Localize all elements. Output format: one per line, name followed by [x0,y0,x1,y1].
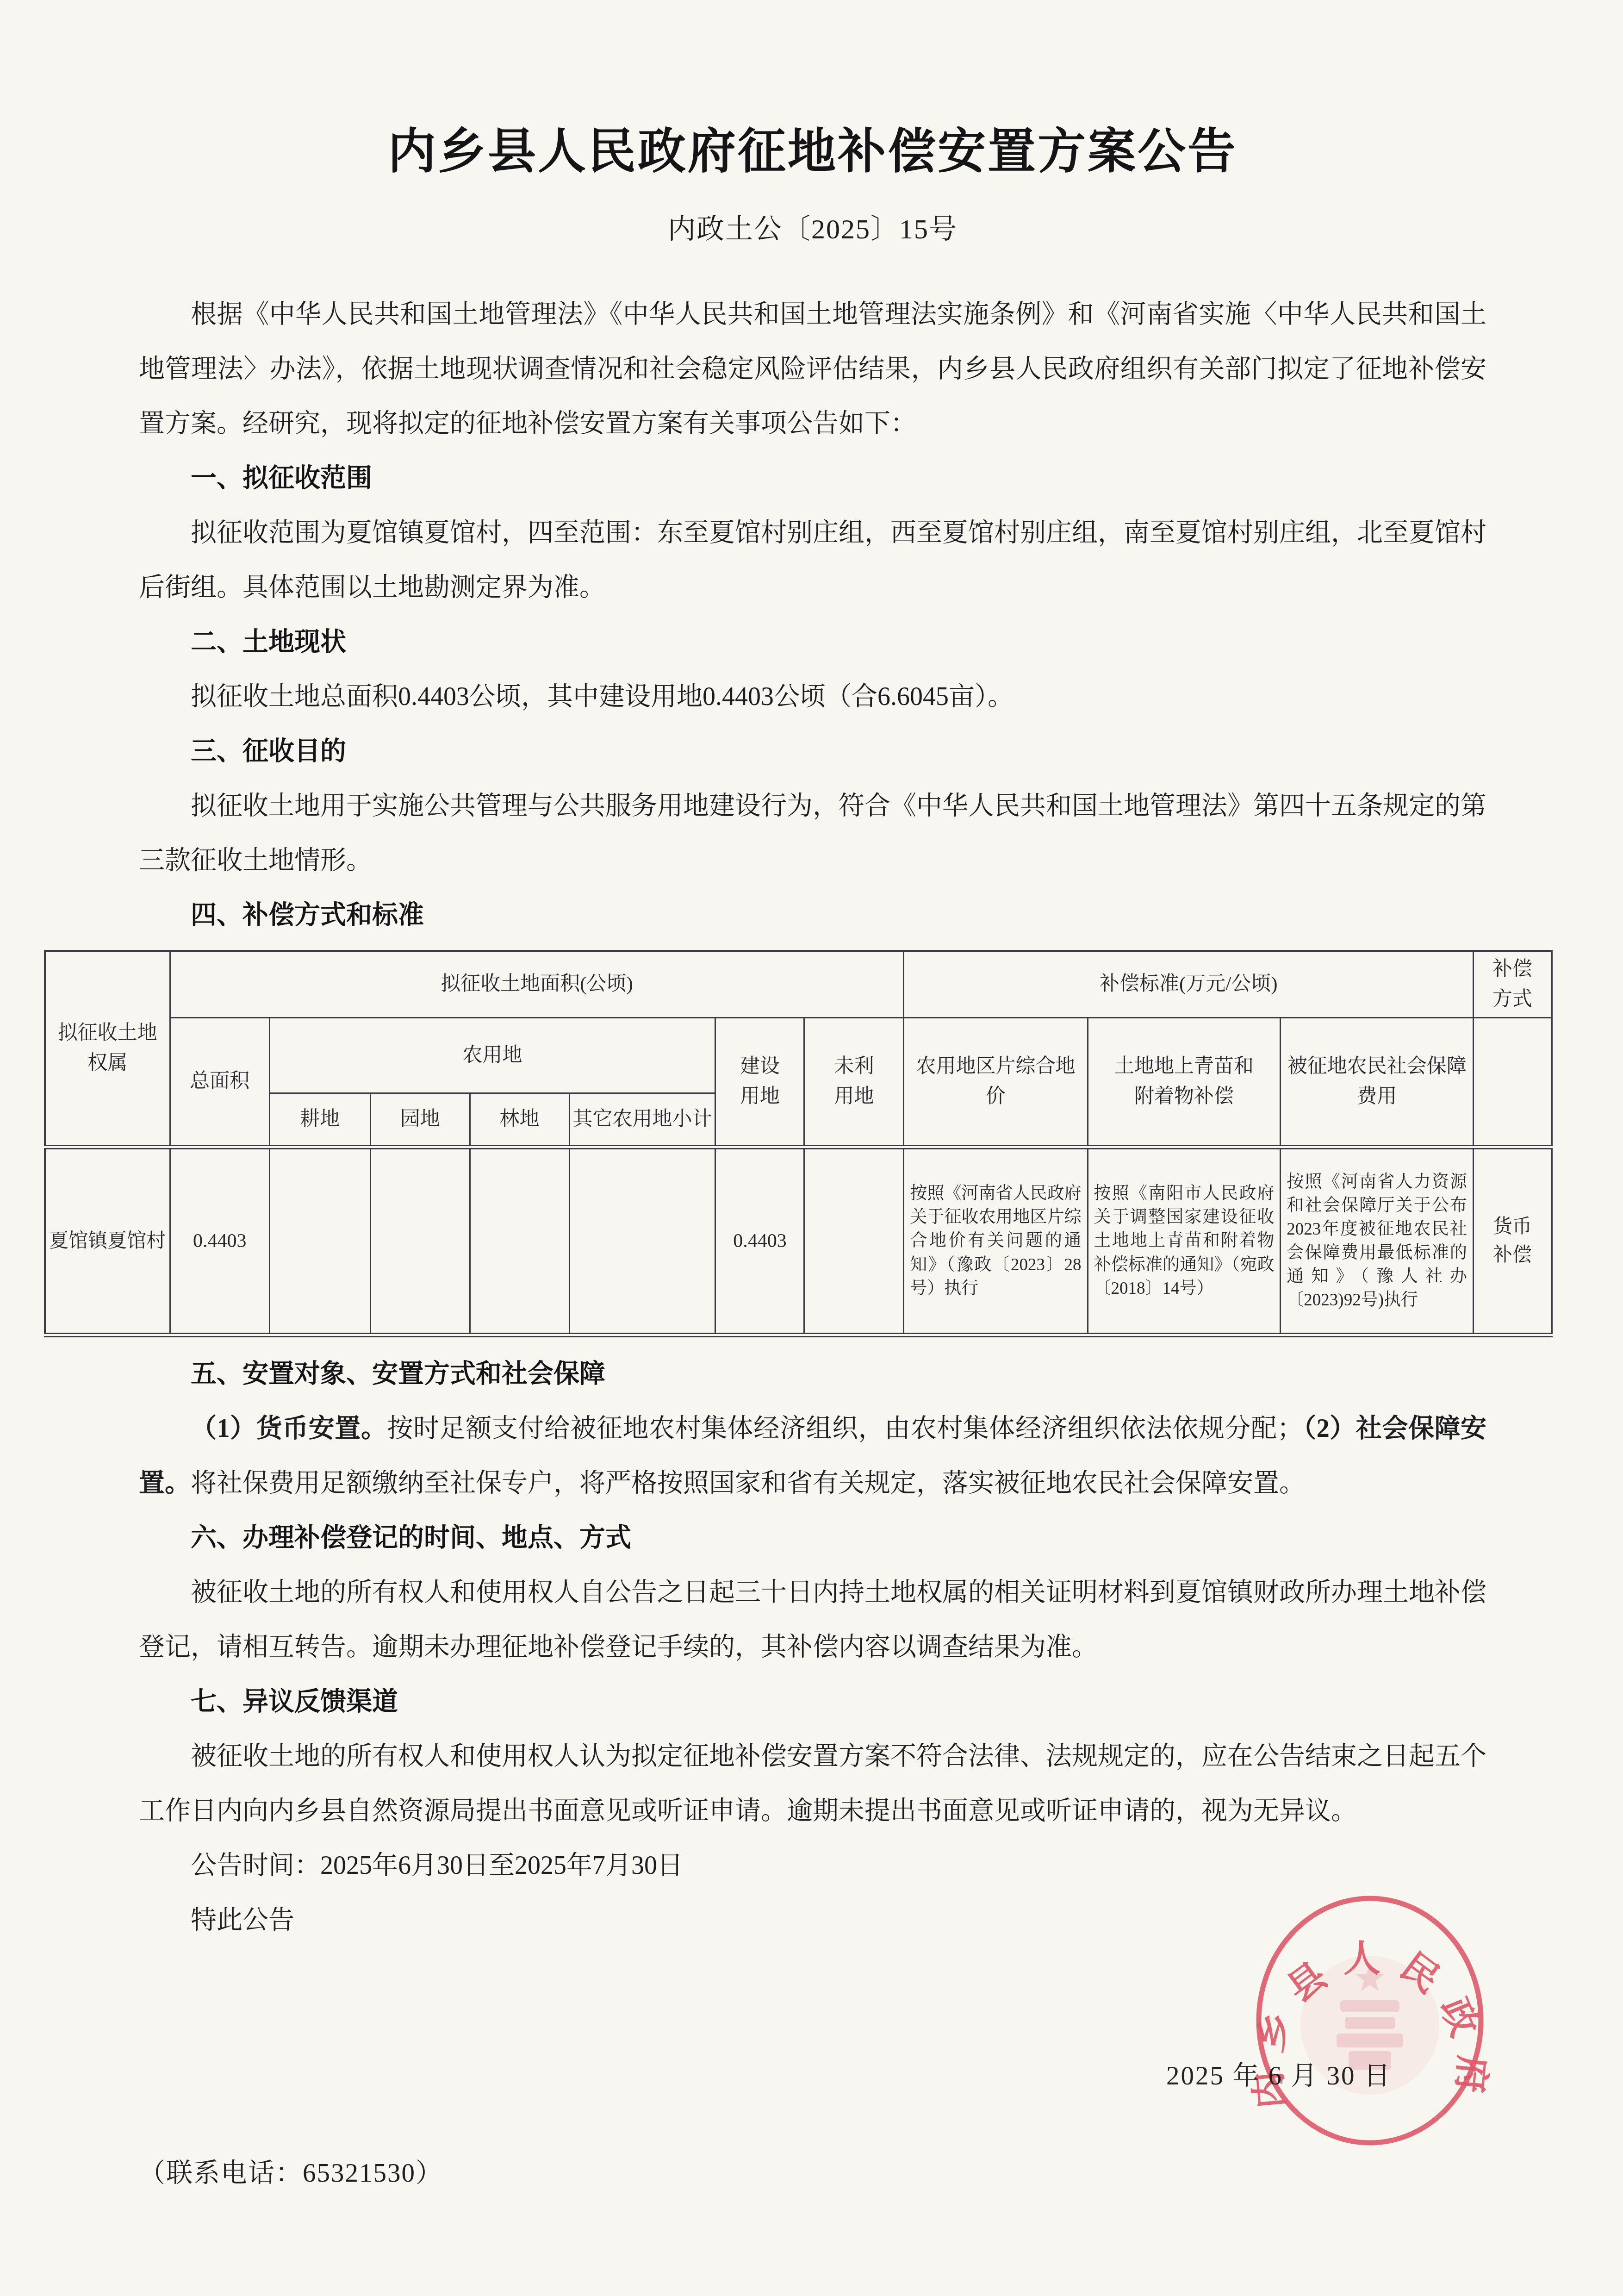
section-5-heading: 五、安置对象、安置方式和社会保障 [139,1347,1486,1401]
intro-paragraph: 根据《中华人民共和国土地管理法》《中华人民共和国土地管理法实施条例》和《河南省实… [139,287,1486,451]
doc-number: 内政土公〔2025〕15号 [139,202,1486,256]
th-social: 被征地农民社会保障 费用 [1281,1018,1474,1148]
th-method: 补偿 方式 [1474,951,1552,1018]
cell-unused [804,1147,904,1335]
cell-garden [370,1147,470,1335]
section-1-heading: 一、拟征收范围 [139,451,1486,505]
compensation-table-wrap: 拟征收土地 权属 拟征收土地面积(公顷) 补偿标准(万元/公顷) 补偿 方式 总… [44,950,1623,1337]
signature-date: 2025 年 6 月 30 日 [1166,2054,1392,2092]
th-other-farm: 其它农用地小计 [569,1093,715,1148]
page-title: 内乡县人民政府征地补偿安置方案公告 [139,0,1486,180]
section-3-heading: 三、征收目的 [139,724,1486,779]
contact-phone: （联系电话：65321530） [139,2152,443,2190]
cell-comp-price: 按照《河南省人民政府关于征收农用地区片综合地价有关问题的通知》（豫政〔2023〕… [904,1147,1088,1335]
section-7-heading: 七、异议反馈渠道 [139,1674,1486,1729]
cell-method: 货币 补偿 [1474,1147,1552,1335]
section-2-heading: 二、土地现状 [139,615,1486,669]
cell-forest [470,1147,569,1335]
th-ownership: 拟征收土地 权属 [45,951,170,1147]
compensation-table: 拟征收土地 权属 拟征收土地面积(公顷) 补偿标准(万元/公顷) 补偿 方式 总… [44,950,1553,1337]
notice-period-line: 公告时间：2025年6月30日至2025年7月30日 [139,1838,1486,1893]
section-7-body: 被征收土地的所有权人和使用权人认为拟定征地补偿安置方案不符合法律、法规规定的，应… [139,1729,1486,1838]
document-top: 内乡县人民政府征地补偿安置方案公告 内政土公〔2025〕15号 根据《中华人民共… [0,0,1623,942]
cell-social: 按照《河南省人力资源和社会保障厅关于公布2023年度被征地农民社会保障费用最低标… [1281,1147,1474,1335]
th-construction: 建设 用地 [715,1018,804,1148]
announcement-page: 内乡县人民政府征地补偿安置方案公告 内政土公〔2025〕15号 根据《中华人民共… [0,0,1623,2296]
cell-total-area: 0.4403 [170,1147,269,1335]
section-1-body: 拟征收范围为夏馆镇夏馆村，四至范围：东至夏馆村别庄组，西至夏馆村别庄组，南至夏馆… [139,505,1486,615]
section-5-body: （1）货币安置。按时足额支付给被征地农村集体经济组织，由农村集体经济组织依法依规… [139,1401,1486,1510]
th-farmland-group: 农用地 [269,1018,715,1093]
table-row: 夏馆镇夏馆村 0.4403 0.4403 按照《河南省人民政府关于征收农用地区片… [45,1147,1552,1335]
run-cash-desc: 按时足额支付给被征地农村集体经济组织，由农村集体经济组织依法依规分配； [387,1414,1303,1443]
cell-seedling: 按照《南阳市人民政府关于调整国家建设征收土地地上青苗和附着物补偿标准的通知》（宛… [1088,1147,1281,1335]
th-standard-group: 补偿标准(万元/公顷) [904,951,1474,1018]
run-social-desc: 将社保费用足额缴纳至社保专户，将严格按照国家和省有关规定，落实被征地农民社会保障… [191,1469,1305,1497]
th-area-group: 拟征收土地面积(公顷) [170,951,904,1018]
th-total-area: 总面积 [170,1018,269,1148]
run-cash: （1）货币安置。 [191,1414,387,1443]
section-6-heading: 六、办理补偿登记的时间、地点、方式 [139,1510,1486,1565]
th-cultivated: 耕地 [269,1093,370,1148]
section-3-body: 拟征收土地用于实施公共管理与公共服务用地建设行为，符合《中华人民共和国土地管理法… [139,779,1486,888]
th-method-spacer [1474,1018,1552,1148]
th-seedling: 土地地上青苗和 附着物补偿 [1088,1018,1281,1148]
th-unused: 未利 用地 [804,1018,904,1148]
document-bottom: 五、安置对象、安置方式和社会保障 （1）货币安置。按时足额支付给被征地农村集体经… [0,1347,1623,1947]
cell-other-farm [569,1147,715,1335]
section-2-body: 拟征收土地总面积0.4403公顷，其中建设用地0.4403公顷（合6.6045亩… [139,669,1486,724]
cell-construction: 0.4403 [715,1147,804,1335]
cell-cultivated [269,1147,370,1335]
hereby-announced-line: 特此公告 [139,1893,1486,1947]
section-4-heading: 四、补偿方式和标准 [139,888,1486,942]
section-6-body: 被征收土地的所有权人和使用权人自公告之日起三十日内持土地权属的相关证明材料到夏馆… [139,1565,1486,1674]
cell-ownership: 夏馆镇夏馆村 [45,1147,170,1335]
th-garden: 园地 [370,1093,470,1148]
th-comp-price: 农用地区片综合地价 [904,1018,1088,1148]
th-forest: 林地 [470,1093,569,1148]
